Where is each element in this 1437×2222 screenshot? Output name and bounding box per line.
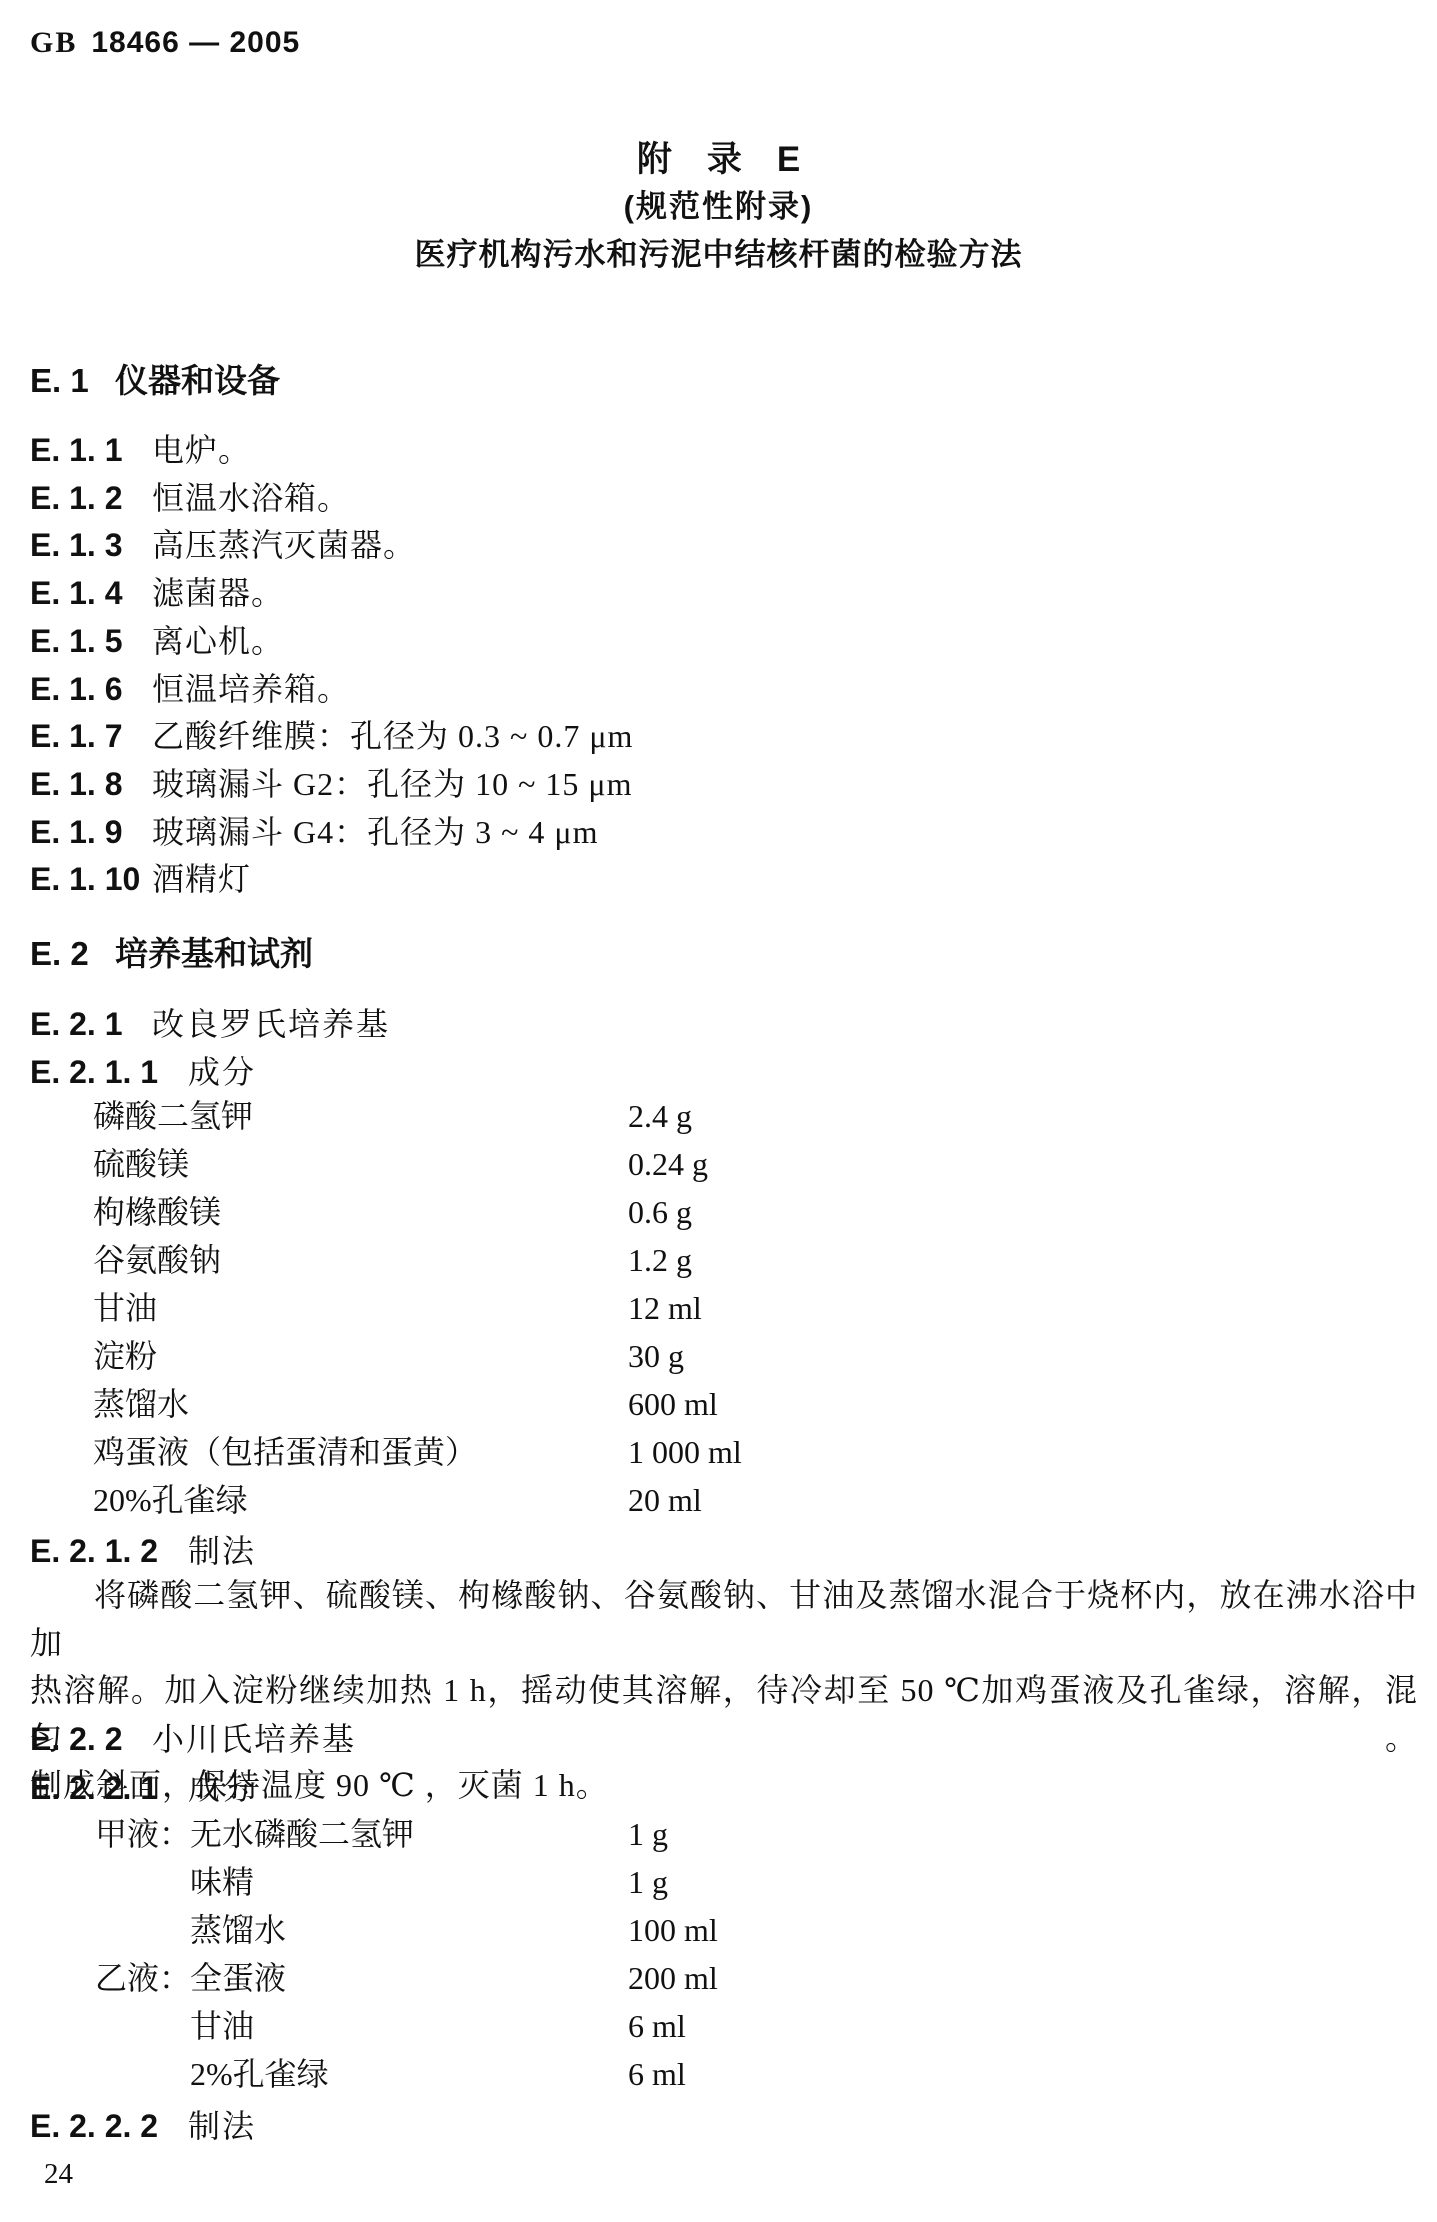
clause-text: 乙酸纤维膜：孔径为 0.3 ~ 0.7 μm	[152, 718, 633, 754]
ingredient-row: 磷酸二氢钾2.4 g	[30, 1092, 1407, 1140]
clause-number: E. 2. 1	[30, 1004, 152, 1044]
ingredient-row: 味精1 g	[30, 1858, 1407, 1906]
ingredient-amount: 1 000 ml	[628, 1428, 742, 1476]
ingredient-row: 谷氨酸钠1.2 g	[30, 1236, 1407, 1284]
ingredient-amount: 0.24 g	[628, 1140, 708, 1188]
clause-item: E. 1. 9玻璃漏斗 G4：孔径为 3 ~ 4 μm	[30, 809, 1407, 857]
ingredient-name: 磷酸二氢钾	[93, 1098, 253, 1134]
ingredient-list-luo: 磷酸二氢钾2.4 g 硫酸镁0.24 g 枸橼酸镁0.6 g 谷氨酸钠1.2 g…	[30, 1092, 1407, 1524]
clause-number: E. 2. 2	[30, 1719, 152, 1759]
clause-text: 电炉。	[152, 432, 251, 468]
clause-e212-title: E. 2. 1. 2制法	[30, 1531, 1407, 1571]
ingredient-name: 蒸馏水	[93, 1386, 189, 1422]
ingredient-row: 甲液：无水磷酸二氢钾1 g	[30, 1810, 1407, 1858]
ingredient-name: 谷氨酸钠	[93, 1242, 221, 1278]
clause-number: E. 2. 2. 2	[30, 2106, 188, 2146]
doc-code-number: 18466 — 2005	[91, 26, 300, 59]
clause-number: E. 1. 7	[30, 713, 152, 761]
section-e1-heading: E. 1仪器和设备	[30, 362, 1407, 400]
ingredient-amount: 200 ml	[628, 1954, 718, 2002]
ingredient-name: 枸橼酸镁	[93, 1194, 221, 1230]
clause-number: E. 2. 1. 1	[30, 1052, 188, 1092]
paragraph-line: 将磷酸二氢钾、硫酸镁、枸橼酸钠、谷氨酸钠、甘油及蒸馏水混合于烧杯内，放在沸水浴中…	[30, 1572, 1418, 1667]
clause-number: E. 1. 4	[30, 570, 152, 618]
ingredient-row: 硫酸镁0.24 g	[30, 1140, 1407, 1188]
ingredient-amount: 30 g	[628, 1332, 684, 1380]
doc-code: GB18466 — 2005	[30, 26, 300, 60]
ingredient-name: 硫酸镁	[93, 1146, 189, 1182]
clause-item: E. 1. 10酒精灯	[30, 856, 1407, 904]
ingredient-amount: 6 ml	[628, 2002, 686, 2050]
clause-title-text: 改良罗氏培养基	[152, 1006, 390, 1042]
e1-clause-list: E. 1. 1电炉。 E. 1. 2恒温水浴箱。 E. 1. 3高压蒸汽灭菌器。…	[30, 427, 1407, 904]
ingredient-amount: 100 ml	[628, 1906, 718, 1954]
ingredient-row: 20%孔雀绿20 ml	[30, 1476, 1407, 1524]
ingredient-name: 甘油	[190, 2008, 254, 2044]
appendix-heading: 附 录 E	[0, 141, 1437, 179]
ingredient-amount: 6 ml	[628, 2050, 686, 2098]
ingredient-amount: 12 ml	[628, 1284, 702, 1332]
ingredient-name: 淀粉	[93, 1338, 157, 1374]
clause-number: E. 1. 9	[30, 809, 152, 857]
ingredient-name: 20%孔雀绿	[93, 1482, 248, 1518]
ingredient-row: 枸橼酸镁0.6 g	[30, 1188, 1407, 1236]
clause-number: E. 1. 2	[30, 475, 152, 523]
ingredient-row: 蒸馏水600 ml	[30, 1380, 1407, 1428]
ingredient-name: 全蛋液	[190, 1960, 286, 1996]
clause-text: 离心机。	[152, 623, 284, 659]
ingredient-amount: 0.6 g	[628, 1188, 692, 1236]
section-title: 仪器和设备	[115, 362, 280, 399]
clause-number: E. 1. 6	[30, 666, 152, 714]
clause-item: E. 1. 6恒温培养箱。	[30, 666, 1407, 714]
clause-item: E. 1. 4滤菌器。	[30, 570, 1407, 618]
clause-item: E. 1. 3高压蒸汽灭菌器。	[30, 522, 1407, 570]
solution-label: 甲液：	[95, 1810, 190, 1858]
clause-title-text: 制法	[188, 2108, 256, 2144]
clause-number: E. 1. 10	[30, 856, 152, 904]
clause-text: 恒温水浴箱。	[152, 480, 350, 516]
clause-number: E. 1. 8	[30, 761, 152, 809]
ingredient-row: 乙液：全蛋液200 ml	[30, 1954, 1407, 2002]
ingredient-row: 2%孔雀绿6 ml	[30, 2050, 1407, 2098]
clause-text: 酒精灯	[152, 861, 251, 897]
clause-title-text: 成分	[188, 1770, 256, 1806]
ingredient-name: 味精	[190, 1864, 254, 1900]
clause-item: E. 1. 7乙酸纤维膜：孔径为 0.3 ~ 0.7 μm	[30, 713, 1407, 761]
ingredient-amount: 1 g	[628, 1858, 668, 1906]
clause-number: E. 2. 2. 1	[30, 1768, 188, 1808]
ingredient-list-ogawa: 甲液：无水磷酸二氢钾1 g 味精1 g 蒸馏水100 ml 乙液：全蛋液200 …	[30, 1810, 1407, 2098]
ingredient-name: 甘油	[93, 1290, 157, 1326]
ingredient-name: 无水磷酸二氢钾	[190, 1816, 414, 1852]
clause-title-text: 成分	[188, 1054, 256, 1090]
ingredient-row: 甘油12 ml	[30, 1284, 1407, 1332]
clause-text: 玻璃漏斗 G2：孔径为 10 ~ 15 μm	[152, 766, 632, 802]
appendix-title: 医疗机构污水和污泥中结核杆菌的检验方法	[0, 237, 1437, 272]
clause-number: E. 1. 1	[30, 427, 152, 475]
ingredient-row: 淀粉30 g	[30, 1332, 1407, 1380]
document-page: { "header": { "gb": "GB", "code": "18466…	[0, 0, 1437, 2222]
ingredient-row: 鸡蛋液（包括蛋清和蛋黄）1 000 ml	[30, 1428, 1407, 1476]
ingredient-amount: 1 g	[628, 1810, 668, 1858]
clause-item: E. 1. 1电炉。	[30, 427, 1407, 475]
clause-text: 玻璃漏斗 G4：孔径为 3 ~ 4 μm	[152, 814, 598, 850]
section-e2-heading: E. 2培养基和试剂	[30, 935, 1407, 973]
clause-text: 恒温培养箱。	[152, 671, 350, 707]
ingredient-name: 2%孔雀绿	[190, 2056, 329, 2092]
ingredient-name: 蒸馏水	[190, 1912, 286, 1948]
ingredient-row: 甘油6 ml	[30, 2002, 1407, 2050]
clause-text: 滤菌器。	[152, 575, 284, 611]
clause-number: E. 1. 5	[30, 618, 152, 666]
ingredient-amount: 2.4 g	[628, 1092, 692, 1140]
section-title: 培养基和试剂	[115, 935, 313, 972]
clause-number: E. 2. 1. 2	[30, 1531, 188, 1571]
ingredient-amount: 1.2 g	[628, 1236, 692, 1284]
section-number: E. 1	[30, 362, 115, 400]
clause-title-text: 制法	[188, 1533, 256, 1569]
section-number: E. 2	[30, 935, 115, 973]
clause-e211-title: E. 2. 1. 1成分	[30, 1052, 1407, 1092]
clause-item: E. 1. 2恒温水浴箱。	[30, 475, 1407, 523]
ingredient-amount: 600 ml	[628, 1380, 718, 1428]
page-number: 24	[44, 2158, 73, 2190]
clause-e222-title: E. 2. 2. 2制法	[30, 2106, 1407, 2146]
appendix-note: (规范性附录)	[0, 190, 1437, 224]
ingredient-amount: 20 ml	[628, 1476, 702, 1524]
doc-code-gb: GB	[30, 26, 77, 59]
clause-item: E. 1. 5离心机。	[30, 618, 1407, 666]
clause-number: E. 1. 3	[30, 522, 152, 570]
clause-e221-title: E. 2. 2. 1成分	[30, 1768, 1407, 1808]
clause-title-text: 小川氏培养基	[152, 1721, 356, 1757]
clause-item: E. 1. 8玻璃漏斗 G2：孔径为 10 ~ 15 μm	[30, 761, 1407, 809]
solution-label: 乙液：	[95, 1954, 190, 2002]
clause-text: 高压蒸汽灭菌器。	[152, 527, 416, 563]
ingredient-row: 蒸馏水100 ml	[30, 1906, 1407, 1954]
ingredient-name: 鸡蛋液（包括蛋清和蛋黄）	[93, 1434, 477, 1470]
clause-e21-title: E. 2. 1改良罗氏培养基	[30, 1004, 1407, 1044]
clause-e22-title: E. 2. 2小川氏培养基	[30, 1719, 1407, 1759]
